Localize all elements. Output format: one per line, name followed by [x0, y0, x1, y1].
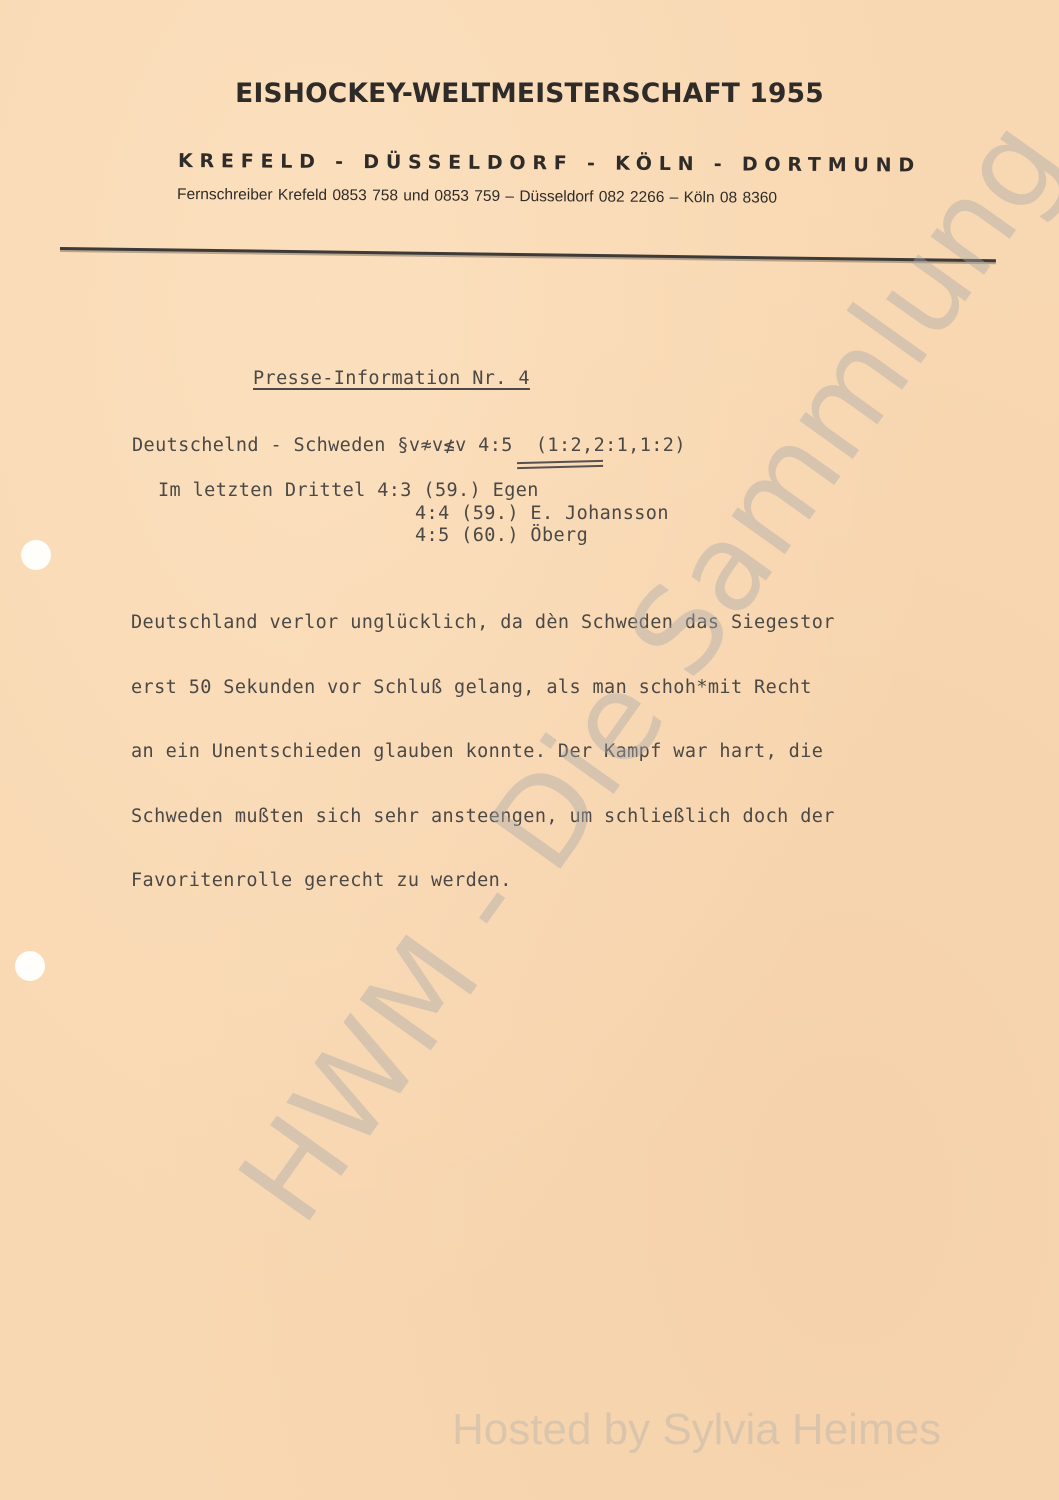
goal-score: 4:5 [415, 525, 450, 546]
goal-scorer: E. Johansson [530, 503, 668, 524]
document-heading: Presse-Information Nr. 4 [253, 368, 530, 389]
goal-score: 4:3 [377, 480, 412, 501]
paragraph-line: Deutschland verlor unglücklich, da dèn S… [131, 612, 835, 634]
letterhead-cities: KREFELD - DÜSSELDORF - KÖLN - DORTMUND [178, 150, 888, 176]
goal-row: 4:4 (59.) E. Johansson [415, 503, 669, 524]
goal-scorer: Egen [493, 480, 539, 501]
goal-score: 4:4 [415, 503, 450, 524]
goals-label: Im letzten Drittel [158, 480, 366, 501]
punch-hole-bottom [15, 951, 45, 981]
letterhead-divider [60, 247, 996, 262]
score-double-underline [517, 460, 603, 464]
report-paragraph: Deutschland verlor unglücklich, da dèn S… [131, 569, 835, 913]
goal-minute: (60.) [461, 525, 519, 546]
paragraph-line: erst 50 Sekunden vor Schluß gelang, als … [131, 677, 835, 699]
letterhead-telex: Fernschreiber Krefeld 0853 758 und 0853 … [177, 186, 887, 208]
goal-minute: (59.) [461, 503, 519, 524]
goal-scorer: Öberg [530, 525, 588, 546]
letterhead-title: EISHOCKEY-WELTMEISTERSCHAFT 1955 [11, 78, 1049, 109]
hosted-by-watermark: Hosted by Sylvia Heimes [452, 1405, 941, 1455]
punch-hole-top [21, 540, 51, 570]
match-score: 4:5 [478, 435, 513, 456]
goal-row: 4:5 (60.) Öberg [415, 525, 588, 546]
paragraph-line: Favoritenrolle gerecht zu werden. [131, 870, 835, 892]
goal-row: Im letzten Drittel 4:3 (59.) Egen [158, 480, 539, 501]
struck-text: §v≉v≰v [397, 435, 466, 456]
match-periods: (1:2,2:1,1:2) [536, 435, 686, 456]
goal-minute: (59.) [423, 480, 481, 501]
paragraph-line: Schweden mußten sich sehr ansteengen, um… [131, 806, 835, 828]
match-teams: Deutschelnd - Schweden [132, 435, 386, 456]
match-result-line: Deutschelnd - Schweden §v≉v≰v 4:5 (1:2,2… [132, 435, 686, 456]
paragraph-line: an ein Unentschieden glauben konnte. Der… [131, 741, 835, 763]
